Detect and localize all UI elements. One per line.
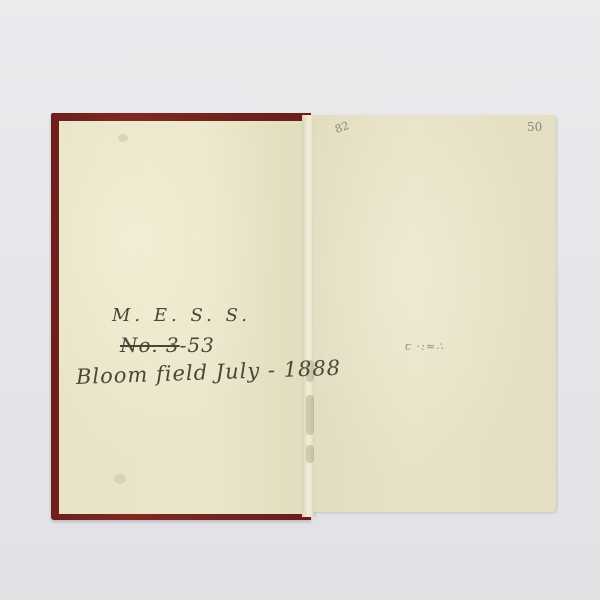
- inscription-line-2: No. 3-53: [120, 333, 215, 357]
- inscription-number: -53: [180, 333, 215, 357]
- right-flyleaf: [314, 115, 556, 512]
- gutter-stain: [306, 395, 314, 435]
- pencil-note-right: 50: [527, 120, 542, 134]
- book-photograph: M. E. S. S. No. 3-53 Bloom field July - …: [0, 0, 600, 600]
- faint-ink-marks: ꞇ ·:≈∴: [405, 340, 444, 353]
- page-smudge: [118, 134, 128, 142]
- inscription-struck-text: No. 3: [120, 333, 180, 357]
- page-smudge: [114, 474, 126, 484]
- gutter-stain: [306, 445, 314, 463]
- inscription-line-1: M. E. S. S.: [112, 305, 251, 326]
